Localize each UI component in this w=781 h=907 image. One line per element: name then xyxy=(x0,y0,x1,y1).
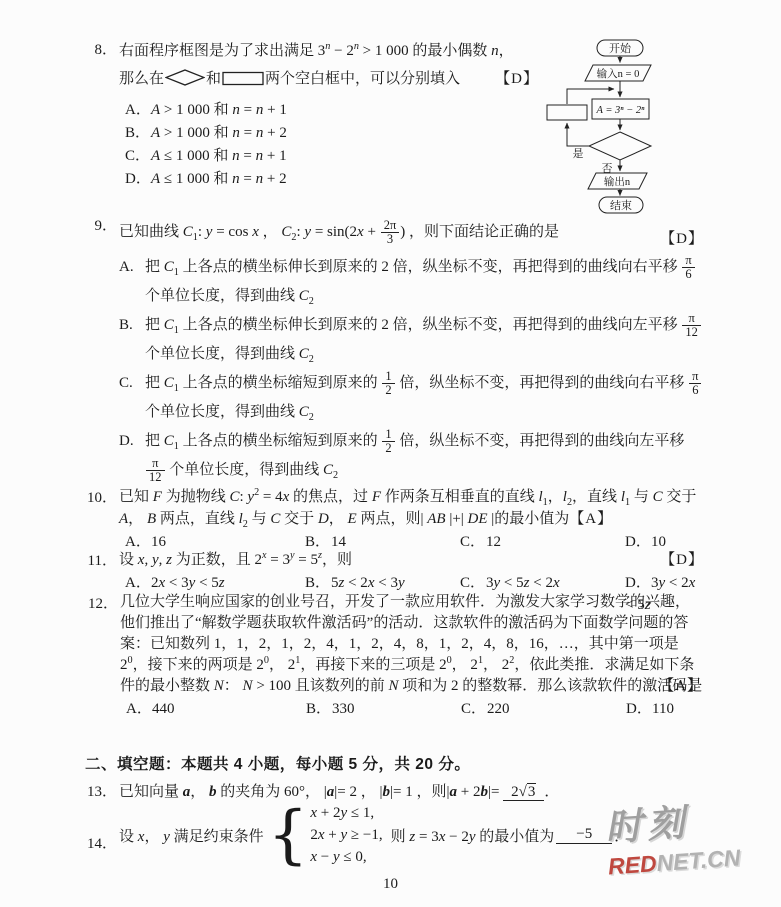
question-12-stem: 几位大学生响应国家的创业号召，开发了一款应用软件．为激发大家学习数学的兴趣，他们… xyxy=(120,592,703,697)
flow-no-label: 否 xyxy=(602,162,613,175)
exam-page: 8． 右面程序框图是为了求出满足 3n − 2n > 1 000 的最小偶数 n… xyxy=(0,0,781,907)
question-8-stem-line2c: 两个空白框中，可以分别填入 xyxy=(265,71,460,87)
option-label: B． xyxy=(125,122,151,145)
page-number: 10 xyxy=(0,876,781,893)
question-8-option-d: D．A ≤ 1 000 和 n = n + 2 xyxy=(119,168,571,191)
option-text: 12 xyxy=(486,534,501,550)
question-10-answer: 【A】 xyxy=(569,511,613,527)
watermark-red-part: RED xyxy=(607,850,657,879)
option-text: A ≤ 1 000 和 n = n + 1 xyxy=(151,148,287,164)
flow-input-label: 输入n = 0 xyxy=(597,67,640,80)
option-text: 把 C1 上各点的横坐标缩短到原来的 12 倍，纵坐标不变，再把得到的曲线向左平… xyxy=(145,433,684,478)
question-9-stem: 已知曲线 C1: y = cos x ， C2: y = sin(2x + 2π… xyxy=(119,214,704,251)
blank-diamond-shape xyxy=(165,69,205,86)
flow-output-label: 输出n xyxy=(604,175,631,188)
question-10-stem: 已知 F 为抛物线 C: y2 = 4x 的焦点，过 F 作两条互相垂直的直线 … xyxy=(119,486,704,530)
option-text: 10 xyxy=(651,534,666,550)
option-text: 330 xyxy=(332,701,355,717)
flow-decision-blank-shape xyxy=(589,132,651,160)
question-9-option-b: B.把 C1 上各点的横坐标伸长到原来的 2 倍，纵坐标不变，再把得到的曲线向左… xyxy=(119,311,704,369)
question-9-option-d: D.把 C1 上各点的横坐标缩短到原来的 12 倍，纵坐标不变，再把得到的曲线向… xyxy=(119,427,704,485)
constraint-system: x + 2y ≤ 1, 2x + y ≥ −1, x − y ≤ 0, xyxy=(310,802,382,868)
section-2-header: 二、填空题：本题共 4 小题，每小题 5 分，共 20 分。 xyxy=(85,752,470,774)
option-label: C． xyxy=(460,572,486,594)
question-11-number: 11． xyxy=(83,549,117,570)
question-11-stem: 设 x, y, z 为正数，且 2x = 3y = 5z，则 【D】 xyxy=(119,549,704,571)
watermark: 时刻 REDNET.CN xyxy=(603,788,741,880)
question-9-answer: 【D】 xyxy=(660,221,704,258)
watermark-gray-part: NET.CN xyxy=(656,844,742,876)
option-text: 16 xyxy=(151,534,166,550)
option-text: 5z < 2x < 3y xyxy=(331,575,405,591)
constraint-3: x − y ≤ 0, xyxy=(310,846,382,868)
question-13-stem: 已知向量 a， b 的夹角为 60°， |a|= 2 ， |b|= 1 ，则|a… xyxy=(119,784,499,800)
option-label: A. xyxy=(119,253,145,282)
question-8-option-c: C．A ≤ 1 000 和 n = n + 1 xyxy=(119,145,571,168)
question-8-stem-line1: 右面程序框图是为了求出满足 3n − 2n > 1 000 的最小偶数 n， xyxy=(119,38,571,64)
option-label: A． xyxy=(125,99,151,122)
question-8-stem-line2: 那么在和两个空白框中，可以分别填入 【D】 xyxy=(119,64,571,94)
system-brace: { xyxy=(268,805,309,866)
question-13-answer-blank: 2√3 xyxy=(503,784,544,801)
question-13-number: 13． xyxy=(83,779,117,805)
question-9-stem-text: 已知曲线 C1: y = cos x ， C2: y = sin(2x + 2π… xyxy=(119,224,559,240)
option-text: 把 C1 上各点的横坐标缩短到原来的 12 倍，纵坐标不变，再把得到的曲线向右平… xyxy=(145,375,702,420)
option-text: 3y < 5z < 2x xyxy=(486,575,560,591)
option-text: 440 xyxy=(152,701,175,717)
option-text: 14 xyxy=(331,534,346,550)
watermark-cn-logo: 时刻 xyxy=(603,788,739,851)
question-14-stem-pre: 设 x， y 满足约束条件 xyxy=(119,825,264,846)
flowchart-diagram: 开始 输入n = 0 A = 3ⁿ − 2ⁿ 是 否 输出n 结束 xyxy=(533,30,733,220)
option-label: B． xyxy=(306,698,332,720)
option-label: D． xyxy=(125,168,151,191)
question-9: 9． 已知曲线 C1: y = cos x ， C2: y = sin(2x +… xyxy=(119,214,704,485)
option-label: C． xyxy=(461,698,487,720)
question-8-stem-line2a: 那么在 xyxy=(119,71,164,87)
option-label: B. xyxy=(119,311,145,340)
flow-blank-process-shape xyxy=(547,105,587,120)
option-label: B． xyxy=(305,572,331,594)
option-label: C. xyxy=(119,369,145,398)
option-label: D． xyxy=(625,572,651,594)
blank-rect-shape xyxy=(222,71,264,86)
question-12-option-a: A．440 xyxy=(126,698,306,720)
flow-loop-return-line xyxy=(567,89,614,104)
flow-yes-label: 是 xyxy=(573,147,584,160)
question-12-option-d: D．110 xyxy=(626,698,703,720)
question-14-answer-blank: −5 xyxy=(556,826,612,844)
question-9-option-c: C.把 C1 上各点的横坐标缩短到原来的 12 倍，纵坐标不变，再把得到的曲线向… xyxy=(119,369,704,427)
option-label: A． xyxy=(125,572,151,594)
option-text: 把 C1 上各点的横坐标伸长到原来的 2 倍，纵坐标不变，再把得到的曲线向左平移… xyxy=(145,317,702,362)
option-text: A > 1 000 和 n = n + 1 xyxy=(151,102,287,118)
constraint-2: 2x + y ≥ −1, xyxy=(310,824,382,846)
constraint-1: x + 2y ≤ 1, xyxy=(310,802,382,824)
question-8-number: 8． xyxy=(83,38,117,59)
question-9-option-a: A.把 C1 上各点的横坐标伸长到原来的 2 倍，纵坐标不变，再把得到的曲线向右… xyxy=(119,253,704,311)
question-12-option-b: B．330 xyxy=(306,698,461,720)
option-text: A > 1 000 和 n = n + 2 xyxy=(151,125,287,141)
question-13-period: ． xyxy=(544,784,559,800)
flow-end-label: 结束 xyxy=(610,198,632,212)
option-text: 110 xyxy=(652,701,674,717)
question-8-stem-line2b: 和 xyxy=(206,71,221,87)
question-8-option-a: A．A > 1 000 和 n = n + 1 xyxy=(119,99,571,122)
flow-assign-label: A = 3ⁿ − 2ⁿ xyxy=(595,105,645,116)
question-10-number: 10． xyxy=(83,486,117,507)
question-12-number: 12． xyxy=(84,592,118,613)
option-label: C． xyxy=(125,145,151,168)
question-8-option-b: B．A > 1 000 和 n = n + 2 xyxy=(119,122,571,145)
flow-start-label: 开始 xyxy=(609,41,632,55)
question-8-options: A．A > 1 000 和 n = n + 1 B．A > 1 000 和 n … xyxy=(119,99,571,191)
question-14-stem-post: 则 z = 3x − 2y 的最小值为 xyxy=(391,825,555,846)
option-text: 220 xyxy=(487,701,510,717)
option-label: A． xyxy=(126,698,152,720)
option-text: 把 C1 上各点的横坐标伸长到原来的 2 倍，纵坐标不变，再把得到的曲线向右平移… xyxy=(145,259,696,304)
question-9-number: 9． xyxy=(83,214,117,235)
flow-yes-branch-line xyxy=(567,123,589,146)
question-12-answer: 【A】 xyxy=(659,676,703,697)
question-11-stem-text: 设 x, y, z 为正数，且 2x = 3y = 5z，则 xyxy=(119,552,352,568)
question-12-stem-text: 几位大学生响应国家的创业号召，开发了一款应用软件．为激发大家学习数学的兴趣，他们… xyxy=(120,594,702,694)
question-12-option-c: C．220 xyxy=(461,698,626,720)
option-text: A ≤ 1 000 和 n = n + 2 xyxy=(151,171,287,187)
option-label: D. xyxy=(119,427,145,456)
option-label: D． xyxy=(626,698,652,720)
option-text: 2x < 3y < 5z xyxy=(151,575,225,591)
question-12: 12． 几位大学生响应国家的创业号召，开发了一款应用软件．为激发大家学习数学的兴… xyxy=(120,592,703,720)
question-10: 10． 已知 F 为抛物线 C: y2 = 4x 的焦点，过 F 作两条互相垂直… xyxy=(119,486,704,553)
question-12-options: A．440 B．330 C．220 D．110 xyxy=(120,698,703,720)
question-8: 8． 右面程序框图是为了求出满足 3n − 2n > 1 000 的最小偶数 n… xyxy=(119,38,571,191)
question-14-number: 14． xyxy=(83,832,117,853)
question-11-answer: 【D】 xyxy=(660,549,704,571)
